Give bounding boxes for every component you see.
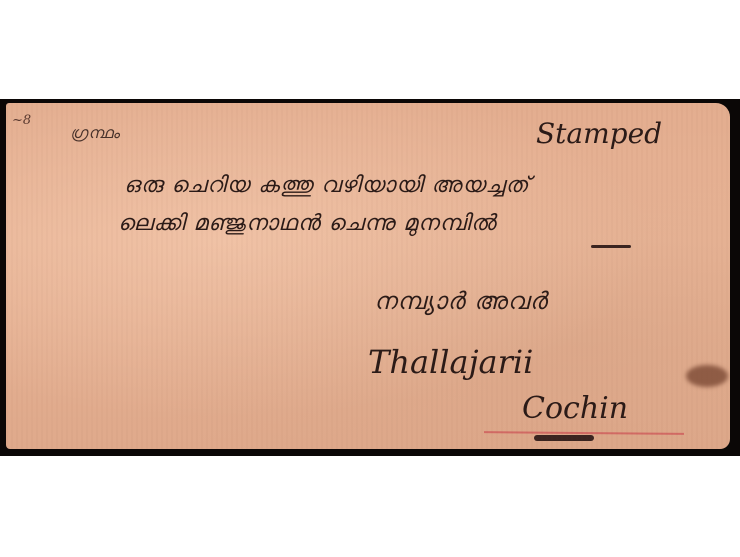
ink-blot: [534, 435, 594, 441]
address-line-thallajarii: Thallajarii: [368, 343, 533, 381]
top-left-malayalam-word: ഗ്രന്ഥം: [70, 123, 120, 143]
address-line-cochin: Cochin: [522, 391, 628, 426]
ink-stain: [686, 365, 728, 387]
malayalam-line-2: ലെക്കി മഞ്ജുനാഥൻ ചെന്നു മുനമ്പിൽ: [118, 211, 496, 236]
corner-mark: ~8: [12, 113, 31, 128]
envelope-cover: ~8 ഗ്രന്ഥം Stamped ഒരു ചെറിയ കത്തു വഴിയാ…: [6, 103, 730, 449]
malayalam-line-3: നമ്പ്യാർ അവർ: [374, 287, 547, 315]
ink-underline: [591, 245, 631, 248]
malayalam-line-1: ഒരു ചെറിയ കത്തു വഴിയായി അയച്ചത്: [124, 173, 529, 198]
stamped-annotation: Stamped: [536, 117, 662, 150]
red-underline: [484, 431, 684, 435]
